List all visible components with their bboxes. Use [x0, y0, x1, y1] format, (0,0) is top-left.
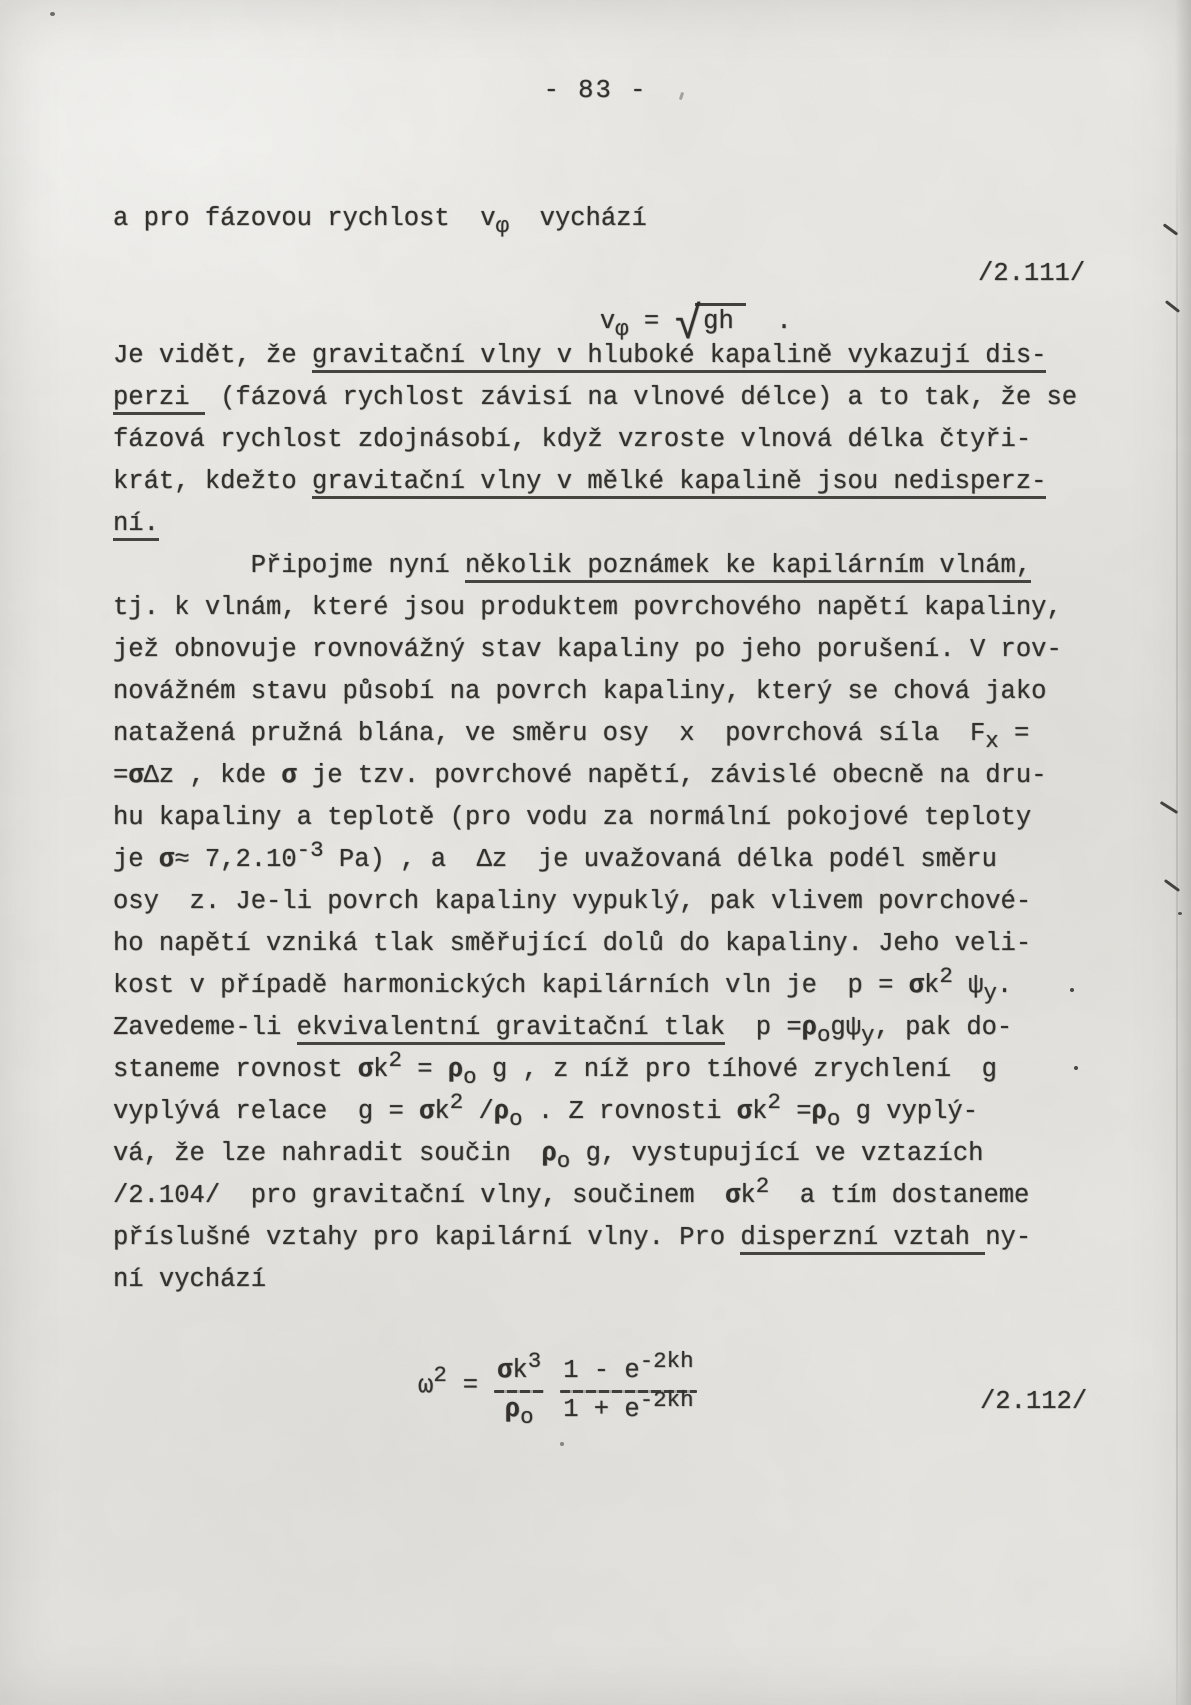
- text-segment: ho napětí vzniká tlak směřující dolů do …: [113, 929, 1031, 958]
- text-segment: σ: [358, 1055, 373, 1084]
- text-line: ní vychází: [113, 1259, 1077, 1301]
- text-segment: ρ: [802, 1013, 817, 1042]
- equals-sign: =: [463, 1371, 478, 1401]
- text-segment: =: [781, 1097, 812, 1126]
- text-line: osy z. Je-li povrch kapaliny vypuklý, pa…: [113, 881, 1077, 923]
- text-line: =σΔz , kde σ je tzv. povrchové napětí, z…: [113, 755, 1077, 797]
- fraction: 1 - e-2kh 1 + e-2kh: [560, 1346, 696, 1425]
- text-segment: a pro fázovou rychlost v: [113, 204, 496, 233]
- underlined-text: ekvivalentní gravitační tlak: [297, 1013, 725, 1045]
- text-line: perzi (fázová rychlost závisí na vlnové …: [113, 377, 1077, 419]
- text-segment: k: [924, 971, 939, 1000]
- text-line: fázová rychlost zdojnásobí, když vzroste…: [113, 419, 1077, 461]
- text-segment: ρ: [812, 1097, 827, 1126]
- underlined-text: ní.: [113, 509, 159, 541]
- text-segment: o: [463, 1056, 476, 1098]
- formula-radicand: gh: [695, 303, 746, 336]
- text-segment: σ: [497, 1356, 512, 1385]
- text-segment: σ: [419, 1097, 434, 1126]
- equation-number: /2.112/: [980, 1381, 1087, 1423]
- text-line: Zavedeme-li ekvivalentní gravitační tlak…: [113, 1007, 1077, 1049]
- text-segment: g, vystupující ve vztazích: [570, 1139, 983, 1168]
- text-segment: vyplývá relace g =: [113, 1097, 419, 1126]
- text-line: staneme rovnost σk2 = ρo g , z níž pro t…: [113, 1049, 1077, 1091]
- text-segment: y: [983, 972, 996, 1014]
- text-segment: osy z. Je-li povrch kapaliny vypuklý, pa…: [113, 887, 1031, 916]
- text-segment: (fázová rychlost závisí na vlnové délce)…: [205, 383, 1077, 412]
- formula-lhs: vφ =: [600, 307, 675, 336]
- text-segment: -2kh: [640, 1346, 694, 1376]
- text-line: je σ≈ 7,2.10-3 Pa) , a Δz je uvažovaná d…: [113, 839, 1077, 881]
- text-segment: o: [557, 1140, 570, 1182]
- text-line: jež obnovuje rovnovážný stav kapaliny po…: [113, 629, 1077, 671]
- fraction-numerator: σk3: [494, 1346, 544, 1386]
- text-line: Je vidět, že gravitační vlny v hluboké k…: [113, 335, 1077, 377]
- text-segment: ρ: [448, 1055, 463, 1084]
- text-segment: ψ: [846, 1013, 861, 1042]
- text-segment: 2: [388, 1039, 401, 1081]
- text-segment: hu kapaliny a teplotě (pro vodu za normá…: [113, 803, 1031, 832]
- stray-period-mark: [560, 1442, 564, 1446]
- text-segment: ω: [418, 1371, 433, 1400]
- text-segment: novážném stavu působí na povrch kapaliny…: [113, 677, 1046, 706]
- underlined-text: gravitační vlny v hluboké kapalině vykaz…: [312, 341, 1047, 373]
- text-segment: k: [740, 1181, 755, 1210]
- fraction-denominator: 1 + e-2kh: [560, 1395, 696, 1425]
- text-segment: 2: [939, 955, 952, 997]
- text-line: ní.: [113, 503, 1077, 545]
- text-line: vá, že lze nahradit součin ρo g, vystupu…: [113, 1133, 1077, 1175]
- text-line: příslušné vztahy pro kapilární vlny. Pro…: [113, 1217, 1077, 1259]
- text-segment: k: [512, 1356, 527, 1385]
- intro-line: a pro fázovou rychlost vφ vychází: [113, 198, 647, 240]
- text-line: kost v případě harmonických kapilárních …: [113, 965, 1077, 1007]
- text-segment: -3: [297, 829, 324, 871]
- text-segment: krát, kdežto: [113, 467, 312, 496]
- text-segment: je tzv. povrchové napětí, závislé obecně…: [297, 761, 1047, 790]
- text-line: hu kapaliny a teplotě (pro vodu za normá…: [113, 797, 1077, 839]
- text-segment: Zavedeme-li: [113, 1013, 297, 1042]
- text-segment: 2: [433, 1360, 446, 1390]
- text-segment: tj. k vlnám, které jsou produktem povrch…: [113, 593, 1062, 622]
- text-segment: σ: [909, 971, 924, 1000]
- text-line: novážném stavu působí na povrch kapaliny…: [113, 671, 1077, 713]
- paper-speck: [1178, 912, 1182, 915]
- text-segment: σ: [281, 761, 296, 790]
- paper-speck: [50, 12, 55, 16]
- text-segment: fázová rychlost zdojnásobí, když vzroste…: [113, 425, 1031, 454]
- formula-2-112: ω2 = σk3 ρo 1 - e-2kh 1 + e-2kh: [418, 1346, 697, 1425]
- text-segment: vá, že lze nahradit součin: [113, 1139, 541, 1168]
- text-segment: vychází: [509, 204, 647, 233]
- text-line: /2.104/ pro gravitační vlny, součinem σk…: [113, 1175, 1077, 1217]
- text-segment: x: [985, 720, 998, 762]
- paragraph: Je vidět, že gravitační vlny v hluboké k…: [113, 335, 1077, 545]
- scanned-document-page: - 83 - a pro fázovou rychlost vφ vychází…: [0, 0, 1191, 1705]
- text-segment: /2.104/ pro gravitační vlny, součinem: [113, 1181, 725, 1210]
- text-segment: φ: [496, 205, 509, 247]
- fraction-denominator: ρo: [502, 1395, 537, 1425]
- underlined-text: gravitační vlny v mělké kapalině jsou ne…: [312, 467, 1047, 499]
- text-segment: g vyplý-: [840, 1097, 978, 1126]
- text-segment: . Z rovnosti: [523, 1097, 737, 1126]
- text-segment: /: [463, 1097, 494, 1126]
- text-segment: 2: [756, 1165, 769, 1207]
- text-segment: jež obnovuje rovnovážný stav kapaliny po…: [113, 635, 1062, 664]
- text-segment: 3: [528, 1346, 541, 1376]
- body-text: Je vidět, že gravitační vlny v hluboké k…: [113, 335, 1077, 1301]
- text-segment: Připojme nyní: [113, 551, 465, 580]
- text-segment: Pa) , a Δz je uvažovaná délka podél směr…: [324, 845, 997, 874]
- text-segment: k: [373, 1055, 388, 1084]
- stray-period-mark: [1074, 1066, 1078, 1070]
- text-segment: Δz , kde: [144, 761, 282, 790]
- text-segment: =: [629, 307, 675, 336]
- formula-period: .: [746, 307, 792, 336]
- text-segment: σ: [128, 761, 143, 790]
- text-segment: o: [827, 1098, 840, 1140]
- text-segment: ≈ 7,2.10: [174, 845, 296, 874]
- text-line: krát, kdežto gravitační vlny v mělké kap…: [113, 461, 1077, 503]
- text-segment: o: [520, 1402, 533, 1432]
- text-segment: k: [434, 1097, 449, 1126]
- equation-number: /2.111/: [978, 253, 1085, 295]
- text-segment: , pak do-: [875, 1013, 1013, 1042]
- paragraph: Připojme nyní několik poznámek ke kapilá…: [113, 545, 1077, 1301]
- text-segment: o: [509, 1098, 522, 1140]
- text-segment: ρ: [494, 1097, 509, 1126]
- text-segment: staneme rovnost: [113, 1055, 358, 1084]
- text-segment: g , z níž pro tíhové zrychlení g: [477, 1055, 997, 1084]
- text-segment: σ: [159, 845, 174, 874]
- text-segment: 1 - e: [563, 1356, 640, 1385]
- text-segment: k: [752, 1097, 767, 1126]
- fraction: σk3 ρo: [494, 1346, 544, 1425]
- text-segment: p =: [725, 1013, 802, 1042]
- text-segment: -2kh: [640, 1385, 694, 1415]
- text-segment: g: [830, 1013, 845, 1042]
- underlined-text: perzi: [113, 383, 205, 415]
- text-segment: 1 + e: [563, 1395, 640, 1424]
- text-segment: ní vychází: [113, 1265, 266, 1294]
- text-line: Připojme nyní několik poznámek ke kapilá…: [113, 545, 1077, 587]
- text-segment: =: [113, 761, 128, 790]
- text-segment: v: [600, 307, 615, 336]
- text-segment: natažená pružná blána, ve směru osy x po…: [113, 719, 985, 748]
- text-line: vyplývá relace g = σk2 /ρo . Z rovnosti …: [113, 1091, 1077, 1133]
- text-segment: příslušné vztahy pro kapilární vlny. Pro: [113, 1223, 740, 1252]
- text-segment: je: [113, 845, 159, 874]
- stray-period-mark: [1070, 988, 1074, 992]
- text-line: ho napětí vzniká tlak směřující dolů do …: [113, 923, 1077, 965]
- text-segment: ny-: [985, 1223, 1031, 1252]
- text-segment: o: [817, 1014, 830, 1056]
- formula-lhs: ω2: [418, 1371, 447, 1401]
- text-segment: 2: [767, 1081, 780, 1123]
- text-line: natažená pružná blána, ve směru osy x po…: [113, 713, 1077, 755]
- underlined-text: disperzní vztah: [740, 1223, 985, 1255]
- text-segment: 2: [450, 1081, 463, 1123]
- text-segment: =: [402, 1055, 448, 1084]
- underlined-text: několik poznámek ke kapilárním vlnám,: [465, 551, 1031, 583]
- text-segment: a tím dostaneme: [769, 1181, 1029, 1210]
- fraction-bar: [494, 1390, 544, 1393]
- text-segment: ψ: [953, 971, 984, 1000]
- text-segment: σ: [725, 1181, 740, 1210]
- text-line: tj. k vlnám, které jsou produktem povrch…: [113, 587, 1077, 629]
- text-segment: .: [997, 971, 1012, 1000]
- text-segment: kost v případě harmonických kapilárních …: [113, 971, 909, 1000]
- page-number: - 83 -: [0, 76, 1191, 106]
- text-segment: ρ: [541, 1139, 556, 1168]
- text-segment: σ: [737, 1097, 752, 1126]
- text-segment: Je vidět, že: [113, 341, 312, 370]
- text-segment: =: [999, 719, 1030, 748]
- text-segment: ρ: [505, 1395, 520, 1424]
- fraction-numerator: 1 - e-2kh: [560, 1346, 696, 1386]
- text-segment: y: [861, 1014, 874, 1056]
